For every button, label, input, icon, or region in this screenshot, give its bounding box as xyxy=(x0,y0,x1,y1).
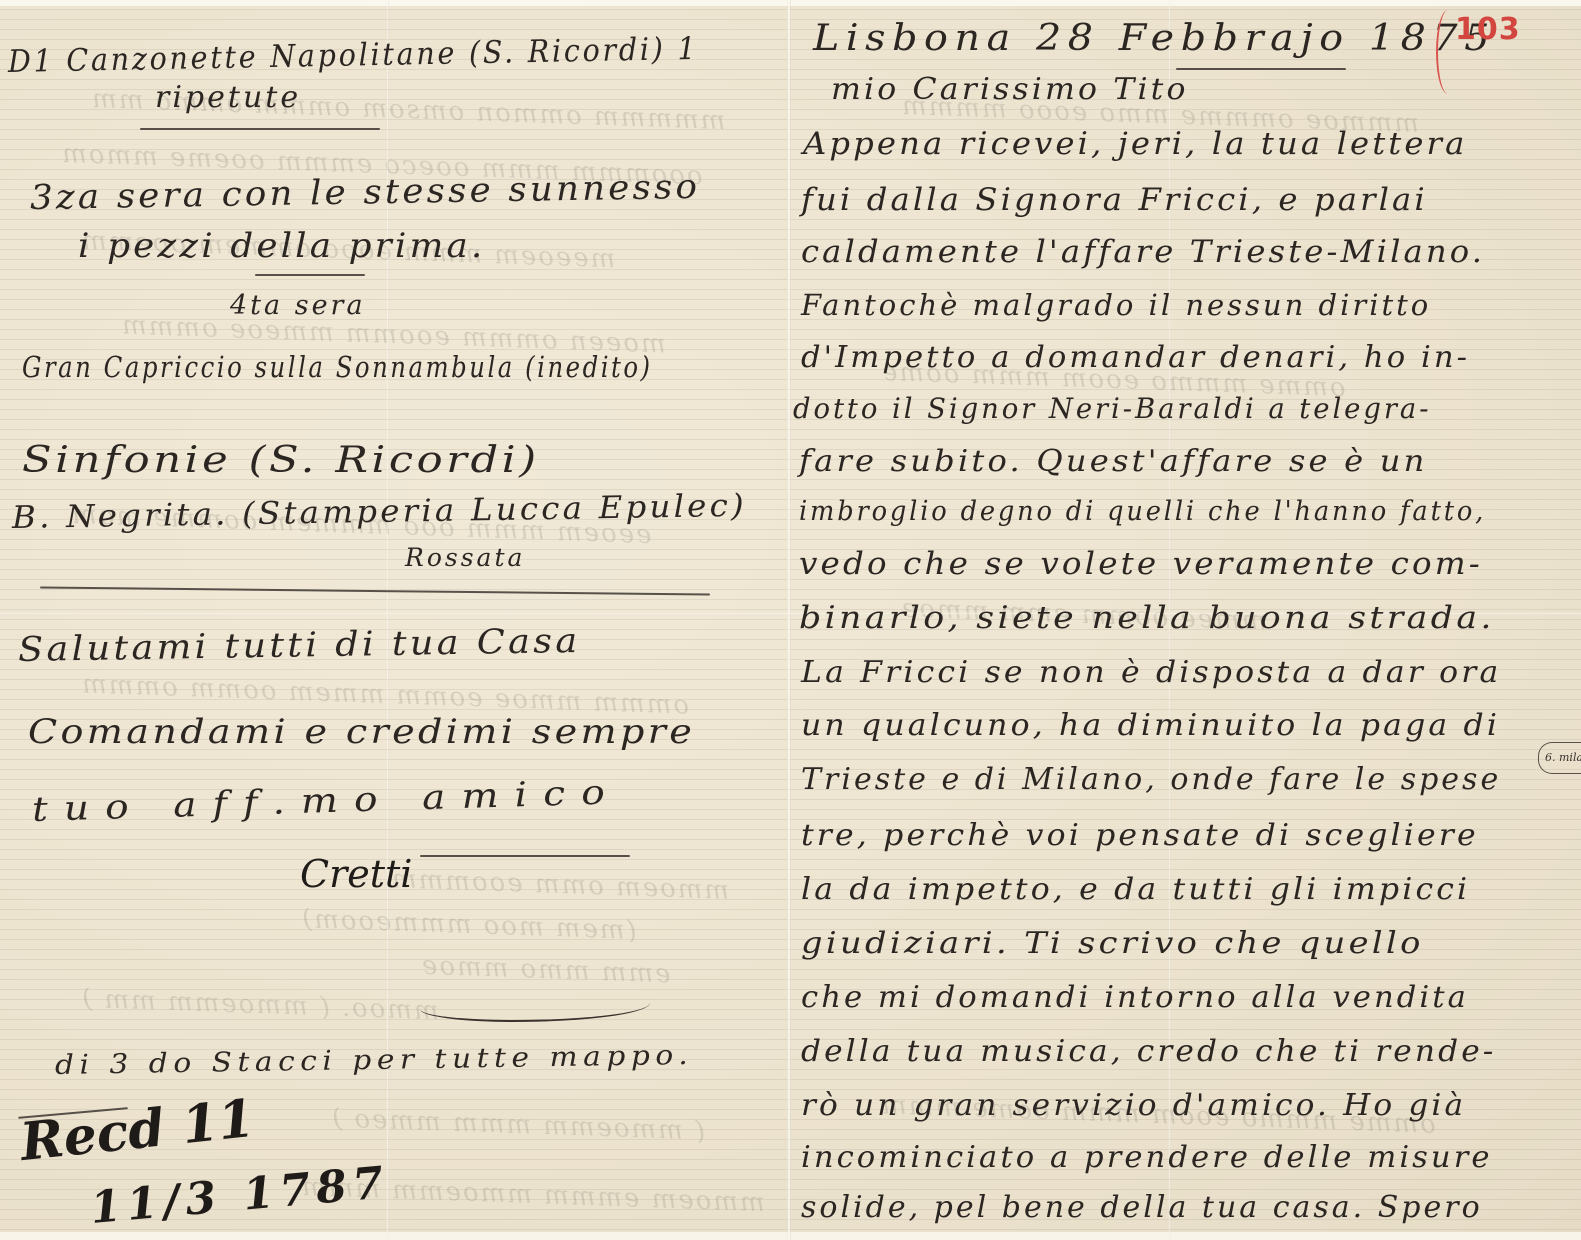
archive-number-stamp: 103 xyxy=(1455,12,1521,47)
underline xyxy=(420,855,630,857)
handwritten-line: Trieste e di Milano, onde fare le spese xyxy=(801,762,1501,797)
handwritten-line: vedo che se volete veramente com- xyxy=(799,546,1483,582)
handwritten-line: Rossata xyxy=(405,543,525,572)
closing-signature: Cretti xyxy=(300,852,412,896)
handwritten-line: giudiziari. Ti scrivo che quello xyxy=(801,926,1424,961)
handwritten-line: Gran Capriccio sulla Sonnambula (inedito… xyxy=(22,350,653,384)
handwritten-line: Sinfonie (S. Ricordi) xyxy=(22,440,540,481)
handwritten-line: B. Negrita. (Stamperia Lucca Epulec) xyxy=(12,488,747,536)
margin-note: 6. mila xyxy=(1538,742,1581,774)
handwritten-line: un qualcuno, ha diminuito la paga di xyxy=(801,708,1500,743)
handwritten-line: Salutami tutti di tua Casa xyxy=(18,621,581,670)
handwritten-line: d'Impetto a domandar denari, ho in- xyxy=(801,340,1470,375)
handwritten-line: la da impetto, e da tutti gli impicci xyxy=(801,872,1470,907)
handwritten-line: di 3 do Stacci per tutte mappo. xyxy=(55,1040,694,1081)
received-annotation: Recd 11 xyxy=(17,1088,257,1173)
handwritten-line: che mi domandi intorno alla vendita xyxy=(801,980,1469,1015)
handwritten-line: tuo aff.mo amico xyxy=(31,772,621,830)
handwritten-line: tre, perchè voi pensate di scegliere xyxy=(801,818,1479,853)
handwritten-line: binarlo, siete nella buona strada. xyxy=(799,600,1495,636)
divider xyxy=(255,274,365,276)
handwritten-line: Fantochè malgrado il nessun diritto xyxy=(801,288,1431,322)
handwritten-line: La Fricci se non è disposta a dar ora xyxy=(801,655,1501,690)
date-annotation: 11/3 1787 xyxy=(88,1157,391,1234)
handwritten-line: solide, pel bene della tua casa. Spero xyxy=(801,1190,1483,1225)
handwritten-line: ripetute xyxy=(155,80,301,115)
handwritten-line: caldamente l'affare Trieste-Milano. xyxy=(801,234,1485,270)
underline xyxy=(140,128,380,130)
handwritten-line: D1 Canzonette Napolitane (S. Ricordi) 1 xyxy=(8,31,699,80)
letter-date-line: Lisbona 28 Febbrajo 1875 xyxy=(813,18,1496,59)
letter-scan: mmmmm ommon omsom ommm ommo mm ooommm mm… xyxy=(0,0,1581,1240)
handwritten-line: fare subito. Quest'affare se è un xyxy=(799,444,1428,479)
handwritten-line: Comandami e credimi sempre xyxy=(28,712,695,752)
underline xyxy=(1176,68,1346,70)
handwritten-line: 4ta sera xyxy=(230,290,366,321)
handwritten-line: fui dalla Signora Fricci, e parlai xyxy=(801,182,1428,218)
signature-flourish xyxy=(420,990,650,1022)
handwritten-line: incominciato a prendere delle misure xyxy=(801,1140,1493,1175)
left-page: D1 Canzonette Napolitane (S. Ricordi) 1 … xyxy=(0,0,787,1240)
handwritten-line: dotto il Signor Neri-Baraldi a telegra- xyxy=(793,392,1431,425)
handwritten-line: imbroglio degno di quelli che l'hanno fa… xyxy=(799,496,1486,527)
right-page: Lisbona 28 Febbrajo 1875 mio Carissimo T… xyxy=(791,0,1581,1240)
handwritten-line: i pezzi della prima. xyxy=(78,226,485,266)
divider xyxy=(40,586,710,595)
handwritten-line: rò un gran servizio d'amico. Ho già xyxy=(801,1088,1466,1123)
handwritten-line: della tua musica, credo che ti rende- xyxy=(801,1034,1496,1069)
handwritten-line: Appena ricevei, jeri, la tua lettera xyxy=(803,126,1467,162)
handwritten-line: 3za sera con le stesse sunnesso xyxy=(30,167,701,218)
salutation: mio Carissimo Tito xyxy=(831,72,1189,107)
